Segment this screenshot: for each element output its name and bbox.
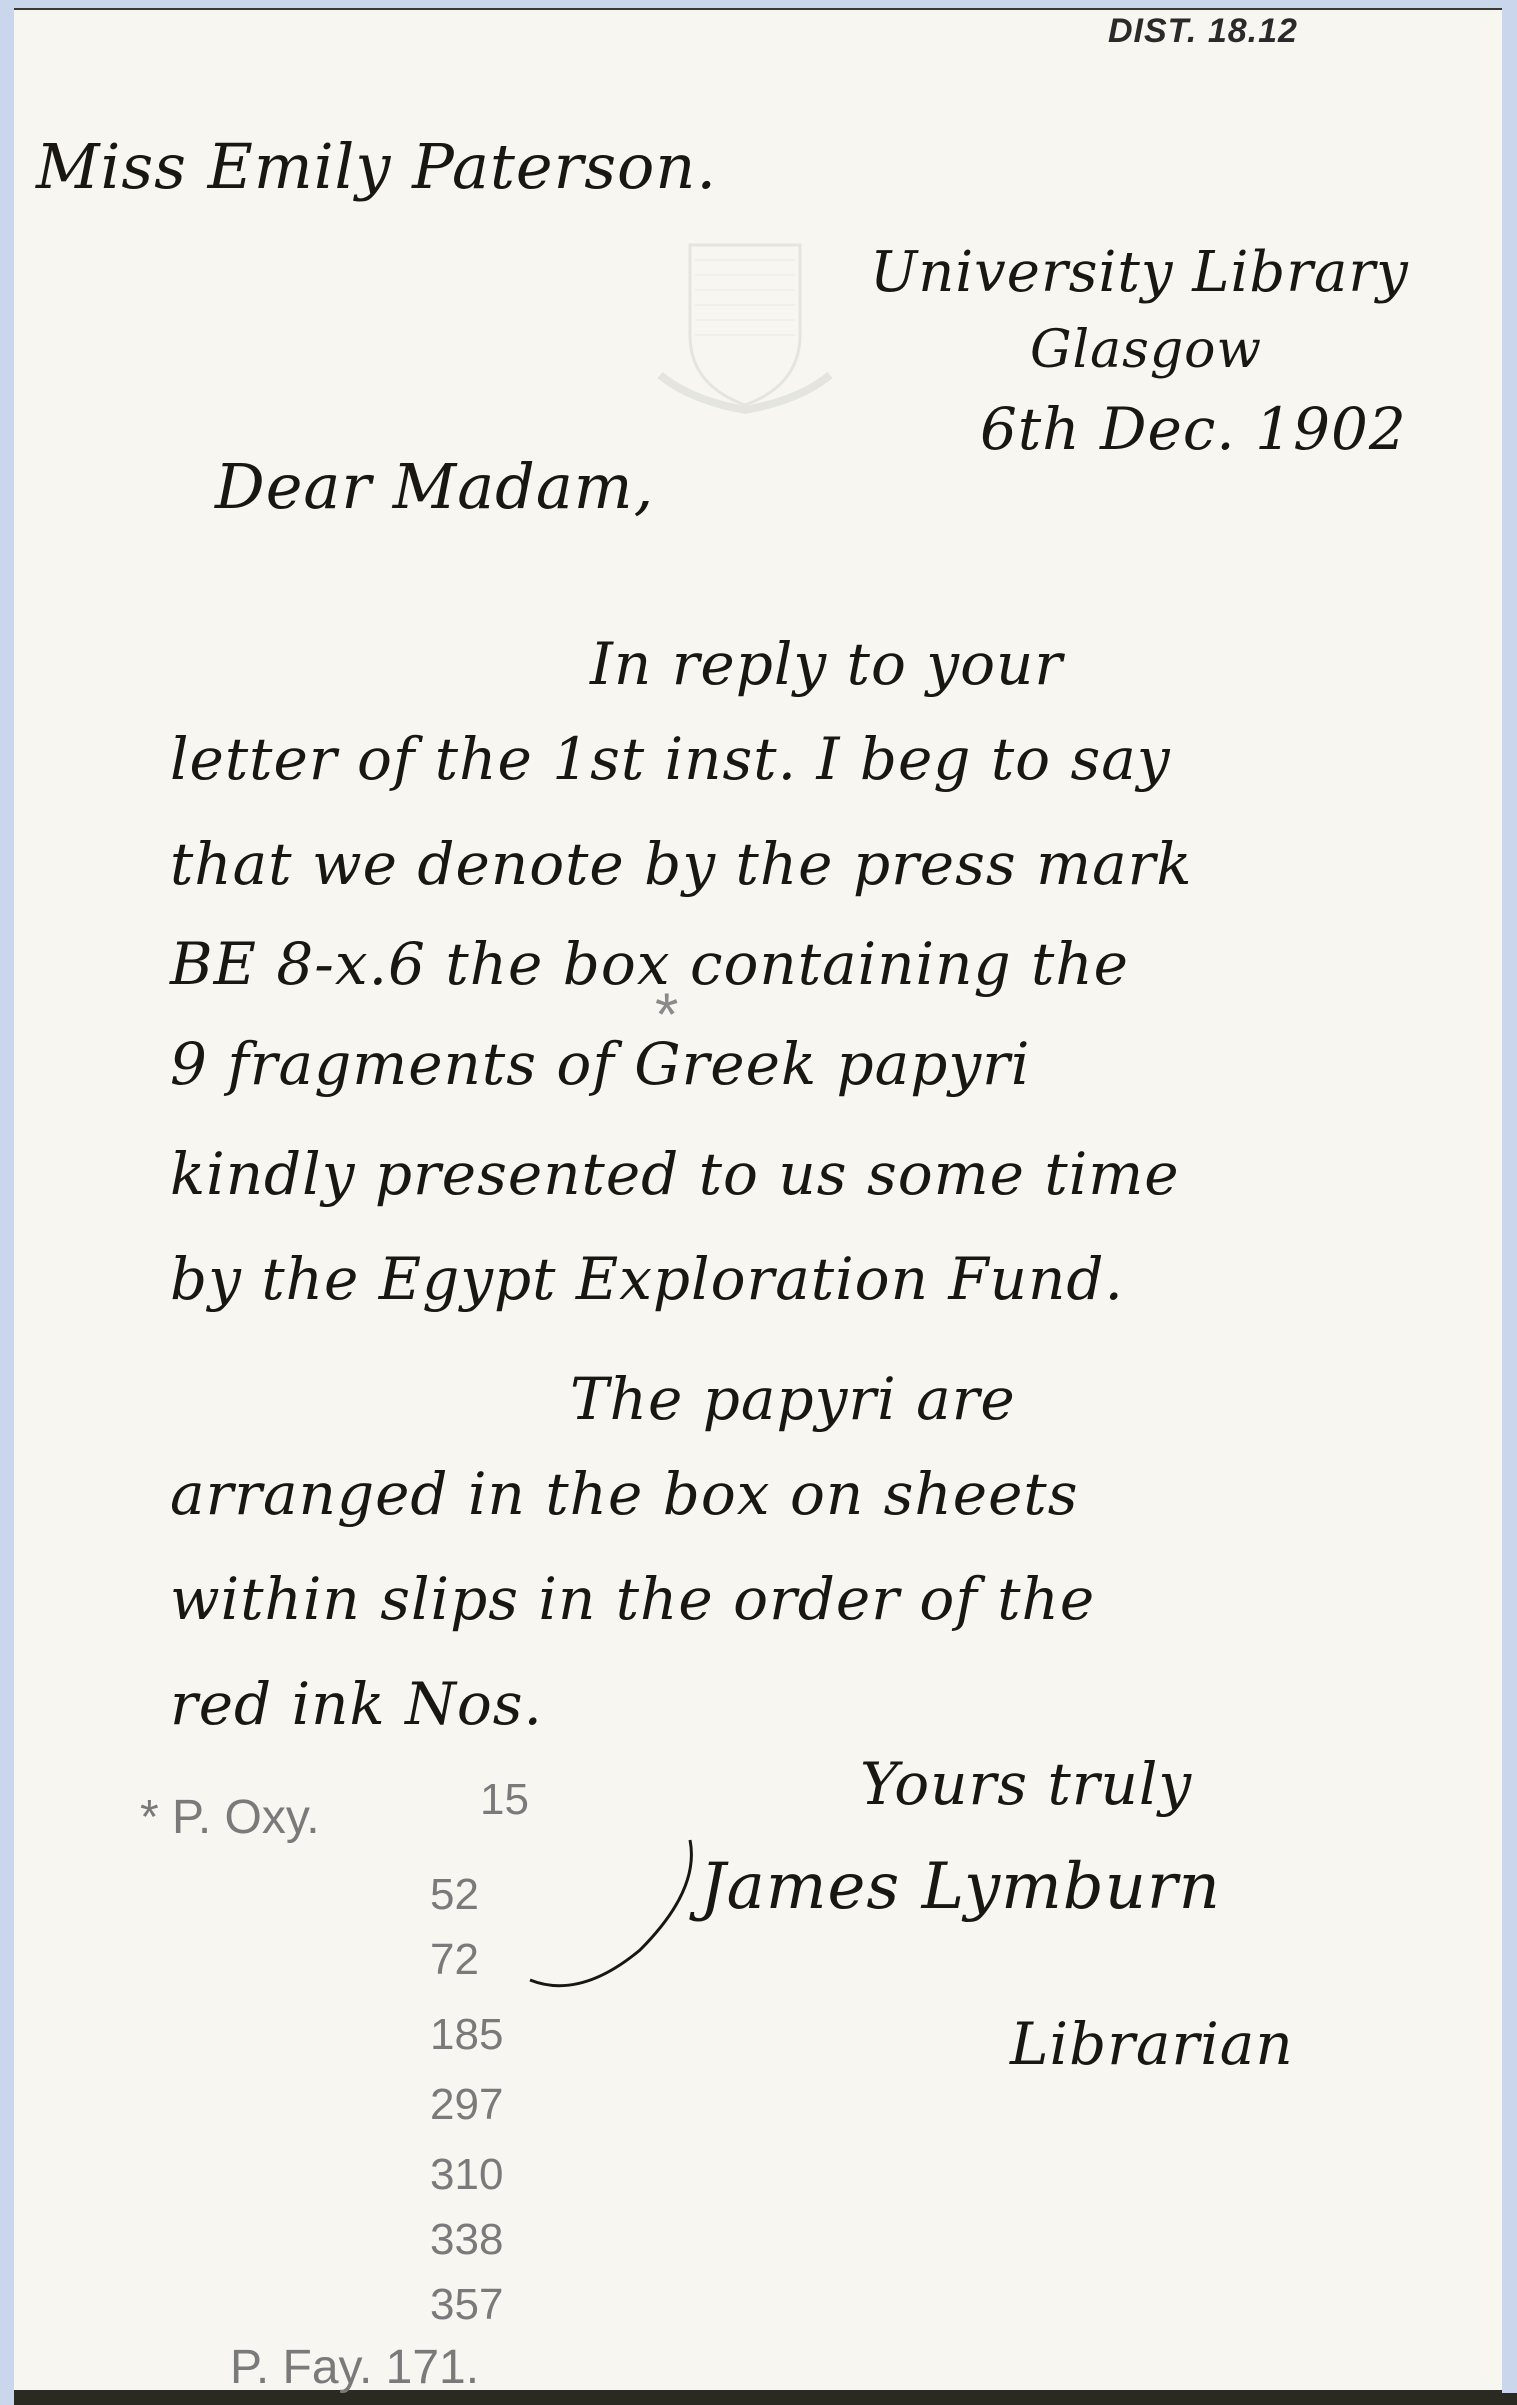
papyrus-number: 15: [480, 1775, 529, 1825]
body-line: by the Egypt Exploration Fund.: [170, 1245, 1124, 1313]
letter-date: 6th Dec. 1902: [980, 395, 1407, 463]
archive-reference: DIST. 18.12: [1108, 12, 1298, 51]
body-line: kindly presented to us some time: [170, 1140, 1180, 1208]
body-line: red ink Nos.: [170, 1670, 543, 1738]
papyrus-number: 357: [430, 2280, 503, 2330]
papyrus-number: 52: [430, 1870, 479, 1920]
body-line: BE 8-x.6 the box containing the: [170, 930, 1129, 998]
closing: Yours truly: [860, 1750, 1192, 1818]
pencil-annotation-marker: * P. Oxy.: [140, 1790, 320, 1845]
papyrus-number: 72: [430, 1935, 479, 1985]
papyrus-number: 338: [430, 2215, 503, 2265]
asterisk-marker: *: [140, 1791, 159, 1844]
body-line: The papyri are: [570, 1365, 1016, 1433]
body-line: within slips in the order of the: [170, 1565, 1095, 1633]
pencil-annotation-footer: P. Fay. 171.: [230, 2340, 479, 2395]
body-line: arranged in the box on sheets: [170, 1460, 1079, 1528]
sender-address-line-2: Glasgow: [1030, 320, 1262, 380]
recipient: Miss Emily Paterson.: [36, 130, 717, 203]
body-line: 9 fragments of Greek papyri: [170, 1030, 1030, 1098]
papyrus-number: 185: [430, 2010, 503, 2060]
sender-address-line-1: University Library: [870, 240, 1409, 305]
body-line: that we denote by the press mark: [170, 830, 1193, 898]
signatory-title: Librarian: [1010, 2010, 1294, 2078]
papyrus-number: 297: [430, 2080, 503, 2130]
embossed-crest-icon: [650, 225, 840, 425]
papyrus-number: 310: [430, 2150, 503, 2200]
body-line: letter of the 1st inst. I beg to say: [170, 725, 1171, 793]
signature-flourish-icon: [520, 1830, 720, 2010]
body-line: In reply to your: [590, 630, 1063, 698]
salutation: Dear Madam,: [215, 450, 654, 523]
pencil-annotation-label: P. Oxy.: [172, 1791, 320, 1844]
signature: James Lymburn: [700, 1850, 1221, 1924]
